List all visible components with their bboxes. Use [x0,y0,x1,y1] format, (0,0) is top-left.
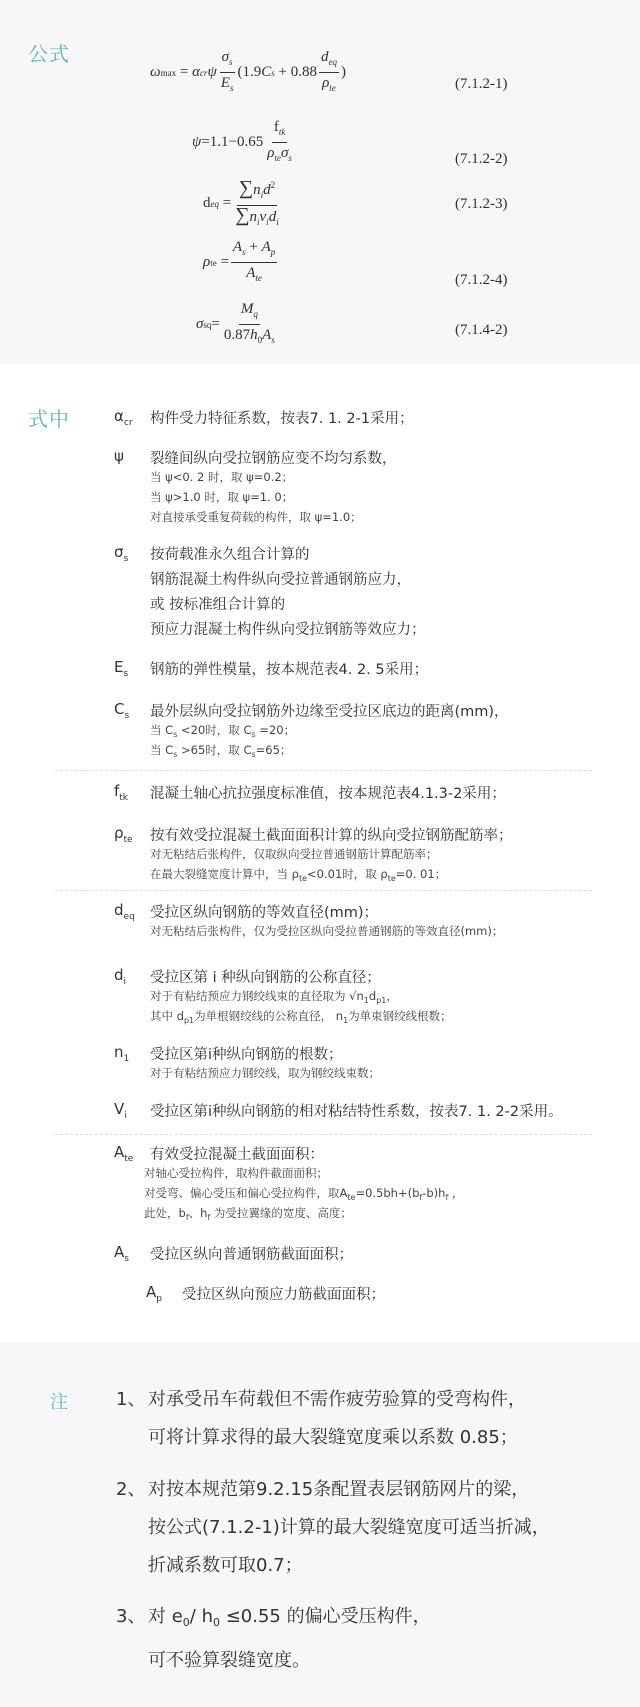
note-3: 3、对 e0/ h0 ≤0.55 的偏心受压构件， 可不验算裂缝宽度。 [116,1598,431,1680]
note-text: 对按本规范第9.2.15条配置表层钢筋网片的梁， [148,1479,529,1500]
definition-note: 在最大裂缝宽度计算中，当 ρte<0.01时，取 ρte=0. 01； [150,866,446,883]
note-text: 按公式(7.1.2-1)计算的最大裂缝宽度可适当折减， [116,1509,550,1547]
definition-text: 预应力混凝土构件纵向受拉钢筋等效应力； [150,618,426,639]
definition-text: 混凝土轴心抗拉强度标准值，按本规范表4.1.3-2采用； [150,782,506,803]
definition-note: 其中 dp1为单根钢绞线的公称直径， n1为单束钢绞线根数； [150,1008,452,1025]
notes-section: 注 1、对承受吊车荷载但不需作疲劳验算的受弯构件， 可将计算求得的最大裂缝宽度乘… [0,1343,640,1707]
formula-section-label: 公式 [28,38,70,67]
dashed-divider [55,770,592,771]
definition-text: 钢筋混凝土构件纵向受拉普通钢筋应力， [150,568,411,589]
note-1: 1、对承受吊车荷载但不需作疲劳验算的受弯构件， 可将计算求得的最大裂缝宽度乘以系… [116,1381,526,1457]
definition-note: 当 Cs <20时，取 Cs =20； [150,722,295,739]
definition-note: 当 ψ>1.0 时，取 ψ=1. 0； [150,489,293,505]
symbol: n1 [114,1043,129,1064]
definition-text: 钢筋的弹性模量，按本规范表4. 2. 5采用； [150,658,428,679]
symbol: di [114,966,126,987]
definition-text: 受拉区纵向普通钢筋截面面积； [150,1243,353,1264]
formula-7-1-4-2: σsq = Mq0.87h0As [196,300,279,349]
definition-text: 裂缝间纵向受拉钢筋应变不均匀系数， [150,447,397,468]
definition-note: 当 ψ<0. 2 时，取 ψ=0.2； [150,469,293,485]
equation-number: (7.1.2-1) [455,76,508,93]
equation-number: (7.1.2-3) [455,196,508,213]
symbol: Ate [114,1143,133,1164]
formula-7-1-2-2: ψ=1.1−0.65 ftkρteσs [192,118,296,167]
note-number: 1、 [116,1381,148,1419]
symbol: ρte [114,824,133,845]
definition-note: 对于有粘结预应力钢绞线束的直径取为 √n1dp1， [150,988,398,1005]
note-text: 对 e0/ h0 ≤0.55 的偏心受压构件， [148,1606,431,1627]
note-text: 折减系数可取0.7； [116,1547,550,1585]
symbol: αcr [114,407,133,428]
definition-text: 有效受拉混凝土截面面积： [150,1143,324,1164]
definition-note: 对受弯、偏心受压和偏心受拉构件，取Ate=0.5bh+(bf-b)hf ， [144,1185,463,1202]
note-number: 3、 [116,1598,148,1636]
definition-text: 受拉区第i种纵向钢筋的相对粘结特性系数，按表7. 1. 2-2采用。 [150,1100,563,1121]
definition-text: 按有效受拉混凝土截面面积计算的纵向受拉钢筋配筋率； [150,824,513,845]
note-text: 可不验算裂缝宽度。 [116,1642,431,1680]
symbol: σs [114,543,128,564]
definition-note: 当 Cs >65时，取 Cs=65； [150,742,291,759]
definition-text: 受拉区纵向钢筋的等效直径(mm)； [150,901,378,922]
definition-note: 对直接承受重复荷载的构件，取 ψ=1.0； [150,509,362,525]
note-text: 可将计算求得的最大裂缝宽度乘以系数 0.85； [116,1419,526,1457]
symbol: ftk [114,782,128,803]
symbol: Es [114,658,128,679]
definition-text: 或 按标准组合计算的 [150,593,285,614]
definition-text: 最外层纵向受拉钢筋外边缘至受拉区底边的距离(mm)， [150,700,509,721]
formula-7-1-2-1: ωmax = αcr ψ σsEs (1.9Cs + 0.88 deqρte ) [150,48,346,97]
formula-section: 公式 ωmax = αcr ψ σsEs (1.9Cs + 0.88 deqρt… [0,0,640,364]
symbol: Cs [114,700,129,721]
dashed-divider [55,1134,592,1135]
definition-note: 此处，bf、hf 为受拉翼缘的宽度、高度； [144,1205,352,1222]
definition-text: 按荷载准永久组合计算的 [150,543,310,564]
where-section-label: 式中 [28,403,70,432]
notes-section-label: 注 [50,1388,69,1414]
definition-text: 受拉区第 i 种纵向钢筋的公称直径； [150,966,381,987]
symbol: deq [114,901,135,922]
note-number: 2、 [116,1471,148,1509]
definition-note: 对轴心受拉构件，取构件截面面积； [144,1165,328,1181]
symbol: ψ [114,447,124,465]
definition-note: 对无粘结后张构件，仅取纵向受拉普通钢筋计算配筋率； [150,846,438,862]
equation-number: (7.1.2-2) [455,151,508,168]
note-text: 对承受吊车荷载但不需作疲劳验算的受弯构件， [148,1389,526,1410]
definition-note: 对于有粘结预应力钢绞线，取为钢绞线束数； [150,1065,380,1081]
formula-7-1-2-4: ρte = As + ApAte [203,238,279,287]
dashed-divider [55,890,592,891]
symbol: As [114,1243,129,1264]
equation-number: (7.1.2-4) [455,272,508,289]
formula-7-1-2-3: deq = ∑nid2∑nividi [203,176,283,231]
definition-text: 受拉区第i种纵向钢筋的根数； [150,1043,343,1064]
definition-text: 构件受力特征系数，按表7. 1. 2-1采用； [150,407,414,428]
symbol: Vi [114,1100,127,1121]
note-2: 2、对按本规范第9.2.15条配置表层钢筋网片的梁， 按公式(7.1.2-1)计… [116,1471,550,1585]
symbol: Ap [146,1283,162,1304]
definition-note: 对无粘结后张构件，仅为受拉区纵向受拉普通钢筋的等效直径(mm)； [150,923,503,939]
equation-number: (7.1.4-2) [455,322,508,339]
definition-text: 受拉区纵向预应力筋截面面积； [182,1283,385,1304]
